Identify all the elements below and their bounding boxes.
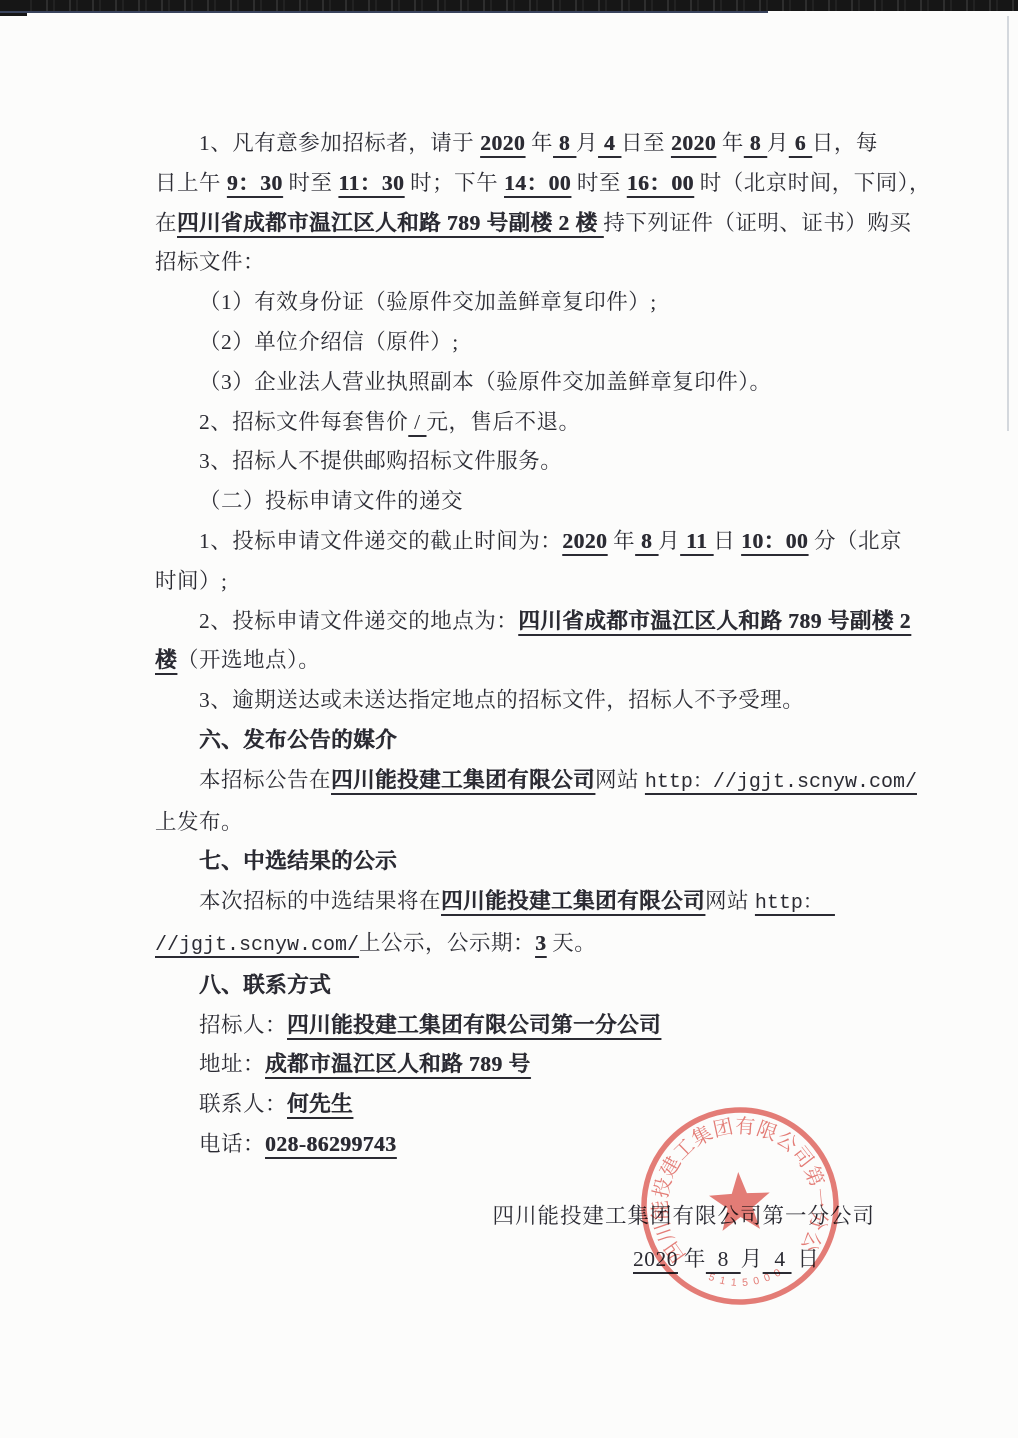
- text-segment: 年: [716, 131, 744, 155]
- tender-sale-start-day: 4: [598, 131, 621, 155]
- afternoon-close-time: 16：00: [627, 171, 694, 195]
- doc-line: 3、招标人不提供邮购招标文件服务。: [155, 442, 877, 482]
- tender-sale-end-month: 8: [744, 131, 767, 155]
- doc-line: 招标文件：: [155, 243, 877, 283]
- doc-line-publish-site: 本招标公告在四川能投建工集团有限公司网站 http：//jgjt.scnyw.c…: [155, 761, 877, 803]
- document-sale-address: 四川省成都市温江区人和路 789 号副楼 2 楼: [177, 211, 603, 235]
- text-segment: 天。: [546, 931, 596, 955]
- seal-star-icon: [708, 1170, 772, 1231]
- company-name: 四川能投建工集团有限公司: [441, 889, 705, 913]
- tender-sale-end-day: 6: [789, 131, 812, 155]
- contact-line-address: 地址：成都市温江区人和路 789 号: [155, 1045, 877, 1085]
- text-segment: 时间）;: [155, 569, 227, 593]
- text-segment: 日，每: [812, 131, 878, 155]
- field-label: 联系人：: [199, 1092, 287, 1116]
- document-body: 1、凡有意参加招标者，请于 2020 年 8 月 4 日至 2020 年 8 月…: [155, 124, 877, 1165]
- text-segment: 日至: [621, 131, 671, 155]
- price-slash-value: /: [408, 410, 426, 434]
- section-heading-6: 六、发布公告的媒介: [155, 721, 877, 761]
- text-segment: 网站: [705, 889, 755, 913]
- text-segment: （二）投标申请文件的递交: [199, 489, 463, 513]
- deadline-time: 10：00: [741, 529, 808, 553]
- text-segment: （开选地点）。: [177, 648, 320, 672]
- website-url-http: http：: [755, 892, 835, 915]
- scan-artifact-corner-notch: [0, 0, 27, 16]
- doc-line: 楼（开选地点）。: [155, 641, 877, 681]
- doc-line-result-site: 本次招标的中选结果将在四川能投建工集团有限公司网站 http：: [155, 882, 877, 924]
- text-segment: 2、招标文件每套售价: [199, 410, 408, 434]
- tender-sale-start-year: 2020: [480, 131, 525, 155]
- text-segment: 招标文件：: [155, 250, 265, 274]
- text-segment: （3）企业法人营业执照副本（验原件交加盖鲜章复印件）。: [199, 370, 772, 394]
- company-name: 四川能投建工集团有限公司: [331, 768, 595, 792]
- text-segment: 1、投标申请文件递交的截止时间为：: [199, 529, 562, 553]
- morning-open-time: 9：30: [227, 171, 283, 195]
- field-label: 地址：: [199, 1052, 265, 1076]
- text-segment: （1）有效身份证（验原件交加盖鲜章复印件）;: [199, 290, 657, 314]
- doc-line: 时间）;: [155, 562, 877, 602]
- text-segment: 时（北京时间，下同），: [694, 171, 931, 195]
- company-red-seal: 四川能投建工集团有限公司第一分公司 5 1 1 5 0 0 0 6 1 4 5: [630, 1095, 851, 1318]
- text-segment: 1、凡有意参加招标者，请于: [199, 131, 480, 155]
- text-segment: 网站: [595, 768, 645, 792]
- text-segment: 本次招标的中选结果将在: [199, 889, 441, 913]
- submission-address: 四川省成都市温江区人和路 789 号副楼 2: [518, 609, 911, 633]
- doc-line-certificate-2: （2）单位介绍信（原件）;: [155, 323, 877, 363]
- doc-line: //jgjt.scnyw.com/上公示，公示期：3 天。: [155, 924, 877, 966]
- contact-phone: 028-86299743: [265, 1132, 396, 1156]
- contact-line-tenderer: 招标人：四川能投建工集团有限公司第一分公司: [155, 1006, 877, 1046]
- submission-address-cont: 楼: [155, 648, 177, 672]
- contact-person: 何先生: [287, 1092, 353, 1116]
- svg-text:四川能投建工集团有限公司第一分公司: 四川能投建工集团有限公司第一分公司: [630, 1095, 834, 1269]
- scan-artifact-edge-line: [0, 11, 768, 13]
- afternoon-open-time: 14：00: [504, 171, 571, 195]
- text-segment: 时至: [571, 171, 627, 195]
- doc-line-submission-address: 2、投标申请文件递交的地点为：四川省成都市温江区人和路 789 号副楼 2: [155, 602, 877, 642]
- text-segment: 时；下午: [404, 171, 504, 195]
- text-segment: （2）单位介绍信（原件）;: [199, 330, 459, 354]
- deadline-month: 8: [635, 529, 658, 553]
- doc-line: 上发布。: [155, 803, 877, 843]
- heading-text: 六、发布公告的媒介: [199, 728, 397, 752]
- field-label: 电话：: [199, 1132, 265, 1156]
- doc-line-deadline: 1、投标申请文件递交的截止时间为：2020 年 8 月 11 日 10：00 分…: [155, 522, 877, 562]
- text-segment: 月: [658, 529, 680, 553]
- deadline-year: 2020: [562, 529, 607, 553]
- text-segment: 元，售后不退。: [427, 410, 581, 434]
- text-segment: 上发布。: [155, 810, 243, 834]
- text-segment: 日: [713, 529, 741, 553]
- section-heading-8: 八、联系方式: [155, 966, 877, 1006]
- seal-ring-text: 四川能投建工集团有限公司第一分公司: [630, 1095, 834, 1269]
- text-segment: 在: [155, 211, 177, 235]
- scan-artifact-top-bar: [0, 0, 1018, 11]
- doc-line: 3、逾期送达或未送达指定地点的招标文件，招标人不予受理。: [155, 681, 877, 721]
- text-segment: 持下列证件（证明、证书）购买: [603, 211, 911, 235]
- text-segment: 年: [525, 131, 553, 155]
- section-heading-7: 七、中选结果的公示: [155, 842, 877, 882]
- text-segment: 时至: [283, 171, 339, 195]
- deadline-day: 11: [680, 529, 713, 553]
- doc-line: 日上午 9：30 时至 11：30 时；下午 14：00 时至 16：00 时（…: [155, 164, 877, 204]
- scanned-document-page: 1、凡有意参加招标者，请于 2020 年 8 月 4 日至 2020 年 8 月…: [0, 0, 1018, 1438]
- doc-line: 在四川省成都市温江区人和路 789 号副楼 2 楼 持下列证件（证明、证书）购买: [155, 204, 877, 244]
- morning-close-time: 11：30: [338, 171, 404, 195]
- text-segment: 日上午: [155, 171, 227, 195]
- publicity-period-days: 3: [535, 931, 546, 955]
- tender-sale-end-year: 2020: [671, 131, 716, 155]
- text-segment: 3、招标人不提供邮购招标文件服务。: [199, 449, 562, 473]
- doc-line: 1、凡有意参加招标者，请于 2020 年 8 月 4 日至 2020 年 8 月…: [155, 124, 877, 164]
- tenderer-name: 四川能投建工集团有限公司第一分公司: [287, 1013, 661, 1037]
- doc-line-price: 2、招标文件每套售价 / 元，售后不退。: [155, 403, 877, 443]
- text-segment: 月: [576, 131, 598, 155]
- text-segment: 3、逾期送达或未送达指定地点的招标文件，招标人不予受理。: [199, 688, 804, 712]
- text-segment: 分（北京: [808, 529, 902, 553]
- website-url: http：//jgjt.scnyw.com/: [645, 771, 917, 794]
- tenderer-address: 成都市温江区人和路 789 号: [265, 1052, 531, 1076]
- field-label: 招标人：: [199, 1013, 287, 1037]
- text-segment: 月: [767, 131, 789, 155]
- text-segment: 年: [607, 529, 635, 553]
- heading-text: 七、中选结果的公示: [199, 849, 397, 873]
- tender-sale-start-month: 8: [553, 131, 576, 155]
- website-url-cont: //jgjt.scnyw.com/: [155, 934, 359, 957]
- text-segment: 2、投标申请文件递交的地点为：: [199, 609, 518, 633]
- text-segment: 上公示，公示期：: [359, 931, 535, 955]
- doc-line-certificate-3: （3）企业法人营业执照副本（验原件交加盖鲜章复印件）。: [155, 363, 877, 403]
- heading-text: 八、联系方式: [199, 973, 331, 997]
- doc-subheading-submission: （二）投标申请文件的递交: [155, 482, 877, 522]
- text-segment: 本招标公告在: [199, 768, 331, 792]
- doc-line-certificate-1: （1）有效身份证（验原件交加盖鲜章复印件）;: [155, 283, 877, 323]
- scan-artifact-right-line: [1007, 16, 1009, 431]
